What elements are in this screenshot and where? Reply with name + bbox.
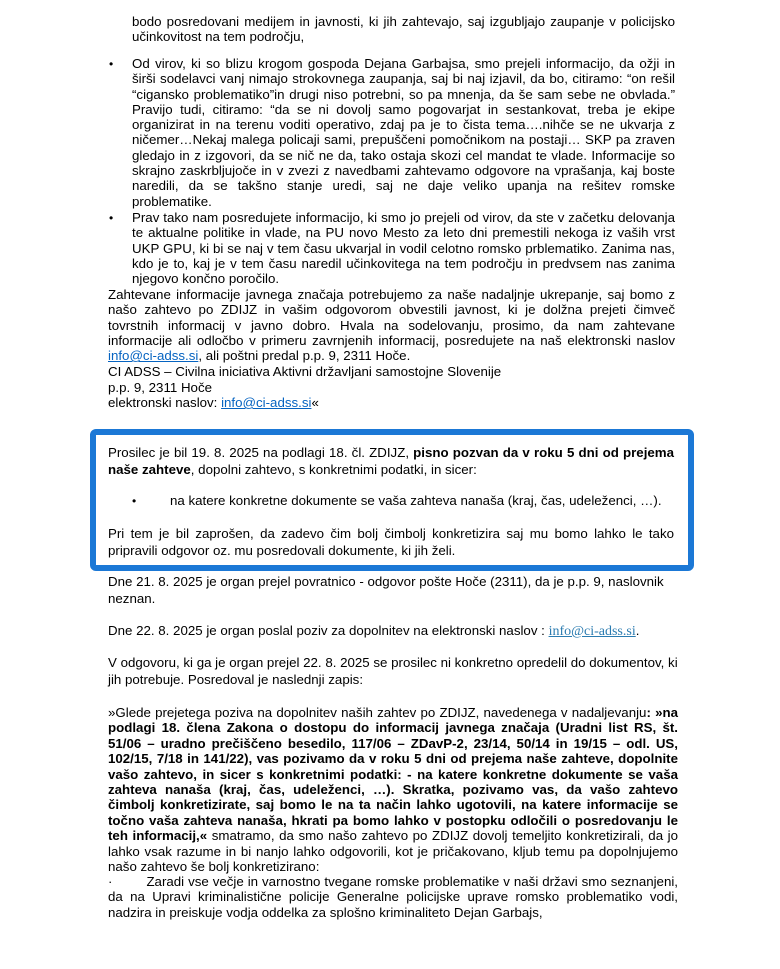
sub-bullet-icon: · xyxy=(108,874,112,889)
quote-block: »Glede prejetega poziva na dopolnitev na… xyxy=(108,705,678,874)
signature-email: elektronski naslov: info@ci-adss.si« xyxy=(108,395,675,410)
email-paragraph-text: Dne 22. 8. 2025 je organ poslal poziv za… xyxy=(108,623,549,638)
email-paragraph-end: . xyxy=(636,623,640,638)
response-paragraph: V odgovoru, ki ga je organ prejel 22. 8.… xyxy=(108,654,678,688)
bullet-icon: • xyxy=(109,57,113,71)
closing-quote: « xyxy=(311,395,318,410)
box-paragraph-1: Prosilec je bil 19. 8. 2025 na podlagi 1… xyxy=(108,445,674,478)
document-page: bodo posredovani medijem in javnosti, ki… xyxy=(0,0,780,969)
email-paragraph: Dne 22. 8. 2025 je organ poslal poziv za… xyxy=(108,622,678,640)
closing-text-end: , ali poštni predal p.p. 9, 2311 Hoče. xyxy=(198,348,410,363)
email-link[interactable]: info@ci-adss.si xyxy=(108,348,198,363)
bullet-item-2: Prav tako nam posredujete informacijo, k… xyxy=(132,210,675,286)
bullet-item-1: Od virov, ki so blizu krogom gospoda Dej… xyxy=(132,56,675,209)
closing-paragraph: Zahtevane informacije javnega značaja po… xyxy=(108,287,675,363)
return-paragraph: Dne 21. 8. 2025 je organ prejel povratni… xyxy=(108,573,678,607)
box-paragraph-2: Pri tem je bil zaprošen, da zadevo čim b… xyxy=(108,526,674,559)
quote-sub-bullet: ·Zaradi vse večje in varnostno tvegane r… xyxy=(108,874,678,920)
box-bullet-item: na katere konkretne dokumente se vaša za… xyxy=(170,493,670,510)
continuation-paragraph: bodo posredovani medijem in javnosti, ki… xyxy=(132,14,675,45)
continuation-line-2: učinkovitost na tem področju, xyxy=(132,29,304,44)
continuation-line-1: bodo posredovani medijem in javnosti, ki… xyxy=(132,14,675,29)
email-label: elektronski naslov: xyxy=(108,395,221,410)
signature-org: CI ADSS – Civilna iniciativa Aktivni drž… xyxy=(108,364,675,379)
quote-bold: : »na podlagi 18. člena Zakona o dostopu… xyxy=(108,705,678,843)
bullet-icon: • xyxy=(109,211,113,225)
bullet-icon: • xyxy=(132,494,136,508)
signature-email-link[interactable]: info@ci-adss.si xyxy=(221,395,311,410)
box-text: Prosilec je bil 19. 8. 2025 na podlagi 1… xyxy=(108,445,413,460)
signature-address: p.p. 9, 2311 Hoče xyxy=(108,380,675,395)
sub-bullet-text: Zaradi vse večje in varnostno tvegane ro… xyxy=(108,874,678,920)
closing-text: Zahtevane informacije javnega značaja po… xyxy=(108,287,675,348)
box-text-end: , dopolni zahtevo, s konkretnimi podatki… xyxy=(191,462,477,477)
email-paragraph-link[interactable]: info@ci-adss.si xyxy=(549,624,636,639)
quote-start: »Glede prejetega poziva na dopolnitev na… xyxy=(108,705,646,720)
